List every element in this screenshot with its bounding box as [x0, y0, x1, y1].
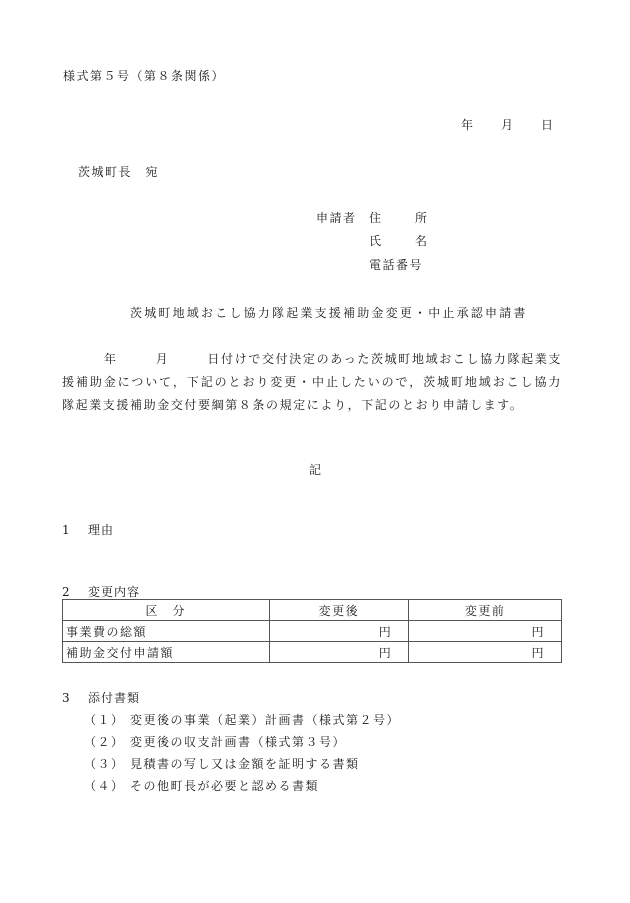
attachment-item: （２）変更後の収支計画書（様式第３号）: [84, 733, 346, 750]
amount-after-field[interactable]: 円: [269, 642, 409, 663]
section-changes: 2変更内容: [62, 583, 140, 600]
ki-heading: 記: [309, 461, 321, 478]
attachment-number: （３）: [84, 755, 130, 772]
header-before: 変更前: [409, 600, 562, 621]
body-paragraph: 年月日付けで交付決定のあった茨城町地域おこし協力隊起業支援補助金について，下記の…: [62, 348, 562, 417]
section-number: 3: [62, 691, 88, 705]
section-reason: 1理由: [62, 521, 114, 538]
section-attachments: 3添付書類: [62, 689, 140, 706]
section-label: 変更内容: [88, 585, 140, 599]
table-header-row: 区 分 変更後 変更前: [63, 600, 562, 621]
body-month-label: 月: [156, 352, 170, 366]
row-label: 事業費の総額: [63, 621, 270, 642]
date-day-label: 日: [541, 116, 553, 133]
section-label: 添付書類: [88, 691, 140, 705]
body-text: 日付けで交付決定のあった茨城町地域おこし協力隊起業支援補助金について，下記のとお…: [62, 352, 562, 412]
table-row: 補助金交付申請額 円 円: [63, 642, 562, 663]
applicant-phone-label: 電話番号: [369, 256, 423, 273]
applicant-name-label: 氏名: [369, 232, 427, 249]
addressee: 茨城町長 宛: [78, 163, 159, 180]
amount-before-field[interactable]: 円: [409, 642, 562, 663]
attachment-number: （４）: [84, 777, 130, 794]
attachment-text: その他町長が必要と認める書類: [130, 779, 319, 793]
attachment-text: 見積書の写し又は金額を証明する書類: [130, 757, 360, 771]
attachment-number: （１）: [84, 711, 130, 728]
date-month-label: 月: [501, 116, 541, 133]
amount-after-field[interactable]: 円: [269, 621, 409, 642]
attachment-number: （２）: [84, 733, 130, 750]
name-label-text: 氏名: [369, 232, 427, 249]
document-title: 茨城町地域おこし協力隊起業支援補助金変更・中止承認申請書: [130, 304, 528, 321]
section-label: 理由: [88, 523, 114, 537]
change-table: 区 分 変更後 変更前 事業費の総額 円 円 補助金交付申請額 円 円: [62, 599, 562, 663]
amount-before-field[interactable]: 円: [409, 621, 562, 642]
attachment-item: （３）見積書の写し又は金額を証明する書類: [84, 755, 360, 772]
attachment-text: 変更後の事業（起業）計画書（様式第２号）: [130, 713, 400, 727]
attachment-text: 変更後の収支計画書（様式第３号）: [130, 735, 346, 749]
header-category: 区 分: [63, 600, 270, 621]
applicant-address-label: 住所: [369, 209, 427, 226]
applicant-label: 申請者: [316, 209, 357, 226]
form-number: 様式第５号（第８条関係）: [63, 67, 225, 84]
date-year-label: 年: [461, 116, 501, 133]
date-line: 年月日: [461, 116, 553, 133]
body-year-label: 年: [104, 352, 118, 366]
row-label: 補助金交付申請額: [63, 642, 270, 663]
attachment-item: （４）その他町長が必要と認める書類: [84, 777, 319, 794]
header-after: 変更後: [269, 600, 409, 621]
table-row: 事業費の総額 円 円: [63, 621, 562, 642]
section-number: 2: [62, 585, 88, 599]
address-label-text: 住所: [369, 209, 427, 226]
section-number: 1: [62, 523, 88, 537]
attachment-item: （１）変更後の事業（起業）計画書（様式第２号）: [84, 711, 400, 728]
